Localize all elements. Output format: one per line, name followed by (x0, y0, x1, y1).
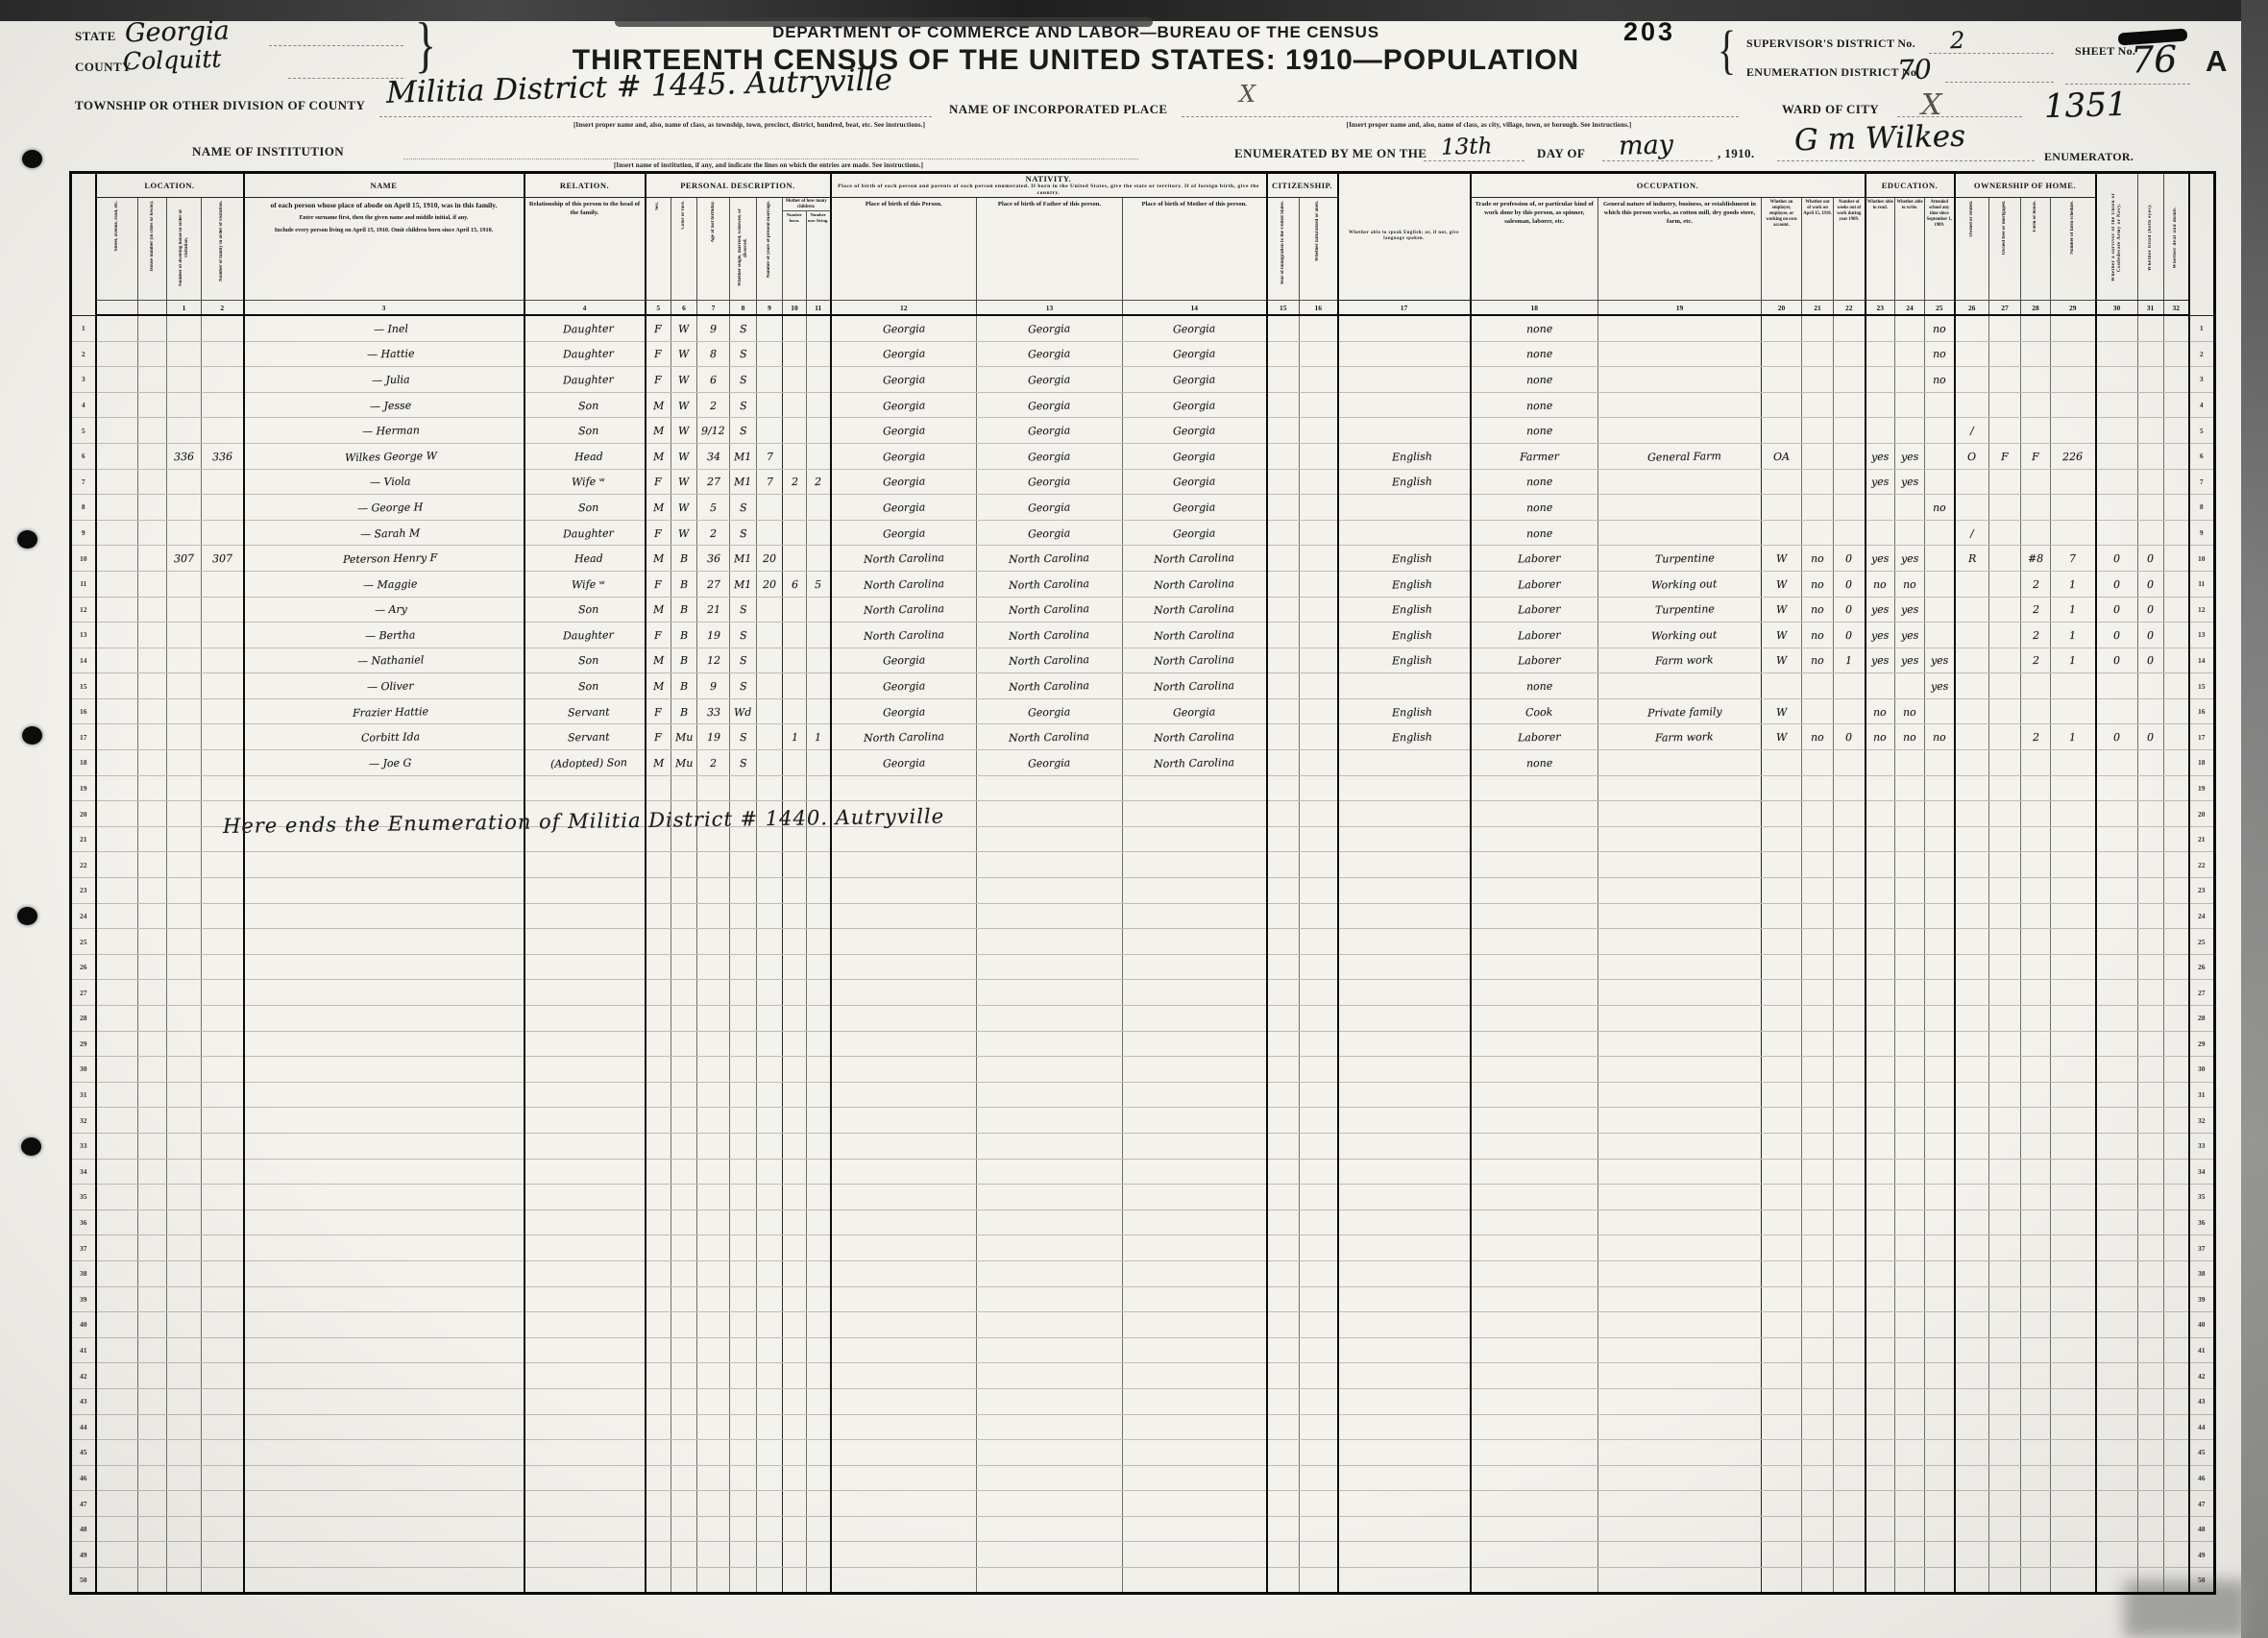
cell-yrs (757, 1465, 783, 1491)
cell-cit_nat (1300, 698, 1338, 724)
cell-relation (524, 1542, 646, 1568)
cell-yrs (757, 903, 783, 929)
cell-edu_write: no (1895, 724, 1925, 750)
cell-occ_out (1802, 698, 1834, 724)
cell-loc_street (96, 1006, 138, 1032)
cell-age: 33 (697, 698, 730, 724)
cell-edu_write (1895, 826, 1925, 852)
cell-home_sched: 1 (2051, 648, 2096, 673)
cell-cit_nat (1300, 648, 1338, 673)
cell-nat_father (977, 1542, 1123, 1568)
cell-occ_trade (1471, 1516, 1598, 1542)
cell-occ_ind (1598, 1516, 1762, 1542)
cell-loc_dwell (167, 495, 202, 521)
cell-home_owned (1955, 1082, 1989, 1108)
cell-loc_dwell (167, 1057, 202, 1083)
cell-yrs (757, 1159, 783, 1185)
cell-loc_dwell (167, 826, 202, 852)
cell-occ_emp (1762, 418, 1802, 444)
cell-age (697, 1260, 730, 1286)
cell-loc_dwell (167, 392, 202, 418)
cell-blind (2137, 1082, 2163, 1108)
cell-yrs (757, 1133, 783, 1159)
cell-blind (2137, 903, 2163, 929)
cell-deaf (2163, 392, 2189, 418)
cell-occ_trade: none (1471, 520, 1598, 546)
cell-name: — Julia (244, 367, 524, 393)
cell-occ_trade (1471, 878, 1598, 904)
cell-home_free (1989, 1465, 2021, 1491)
cell-loc_street (96, 520, 138, 546)
cell-edu_read (1866, 878, 1895, 904)
cell-cit_year (1267, 1516, 1300, 1542)
cell-occ_emp: W (1762, 698, 1802, 724)
cell-vet (2096, 1006, 2138, 1032)
cell-occ_out (1802, 1542, 1834, 1568)
column-header-age: Age at last birthday. (697, 197, 730, 300)
mother-children-header: Mother of how many children:Number born.… (783, 197, 831, 300)
row-number-left: 16 (71, 698, 96, 724)
cell-marital (730, 1133, 757, 1159)
cell-name: — Nathaniel (244, 648, 524, 673)
cell-marital (730, 903, 757, 929)
cell-occ_trade: Laborer (1471, 724, 1598, 750)
cell-vet (2096, 878, 2138, 904)
cell-home_owned (1955, 1133, 1989, 1159)
cell-blind: 0 (2137, 724, 2163, 750)
cell-home_free (1989, 903, 2021, 929)
cell-home_owned (1955, 1363, 1989, 1389)
row-number-left: 36 (71, 1210, 96, 1235)
cell-born: 1 (783, 724, 807, 750)
institution-note: [Insert name of institution, if any, and… (490, 161, 1047, 169)
cell-vet (2096, 1542, 2138, 1568)
cell-age (697, 1414, 730, 1440)
supervisor-district-label: SUPERVISOR'S DISTRICT No. (1746, 37, 1915, 51)
cell-edu_write (1895, 1337, 1925, 1363)
cell-loc_house (138, 1235, 167, 1261)
cell-born (783, 878, 807, 904)
cell-occ_out (1802, 1133, 1834, 1159)
cell-nat_father (977, 1260, 1123, 1286)
cell-edu_write: yes (1895, 597, 1925, 623)
cell-relation (524, 1185, 646, 1210)
cell-vet (2096, 1388, 2138, 1414)
cell-occ_emp (1762, 392, 1802, 418)
cell-home_owned (1955, 954, 1989, 980)
cell-blind (2137, 826, 2163, 852)
table-row: 2— HattieDaughterFW8SGeorgiaGeorgiaGeorg… (71, 341, 2215, 367)
cell-cit_year (1267, 1542, 1300, 1568)
column-number-19: 19 (1598, 300, 1762, 315)
cell-nat_father (977, 1568, 1123, 1594)
cell-deaf (2163, 367, 2189, 393)
cell-cit_nat (1300, 929, 1338, 955)
cell-edu_write: yes (1895, 648, 1925, 673)
cell-loc_fam (202, 1260, 244, 1286)
cell-loc_house (138, 826, 167, 852)
cell-color (671, 903, 697, 929)
cell-loc_dwell (167, 1260, 202, 1286)
cell-edu_read (1866, 801, 1895, 827)
cell-occ_ind (1598, 418, 1762, 444)
cell-occ_ind (1598, 673, 1762, 699)
cell-yrs (757, 1363, 783, 1389)
cell-age: 27 (697, 571, 730, 597)
cell-deaf (2163, 1312, 2189, 1338)
cell-english (1338, 852, 1471, 878)
cell-color (671, 954, 697, 980)
cell-occ_trade (1471, 1312, 1598, 1338)
place-note: [Insert proper name and, also, name of c… (1220, 121, 1758, 129)
cell-blind (2137, 341, 2163, 367)
cell-relation (524, 1414, 646, 1440)
cell-occ_out (1802, 954, 1834, 980)
cell-sex (646, 1057, 671, 1083)
cell-loc_house (138, 775, 167, 801)
cell-blind (2137, 1337, 2163, 1363)
cell-yrs (757, 1440, 783, 1466)
cell-blind (2137, 1388, 2163, 1414)
cell-loc_street (96, 418, 138, 444)
cell-english (1338, 1491, 1471, 1517)
punch-hole (22, 726, 42, 745)
cell-age: 34 (697, 443, 730, 469)
cell-occ_trade (1471, 775, 1598, 801)
cell-born (783, 1006, 807, 1032)
cell-loc_dwell (167, 1286, 202, 1312)
cell-nat_self: North Carolina (831, 597, 977, 623)
cell-nat_father: Georgia (977, 418, 1123, 444)
cell-home_farm (2021, 1465, 2051, 1491)
column-number-24: 24 (1895, 300, 1925, 315)
cell-edu_read (1866, 1516, 1895, 1542)
cell-born (783, 1542, 807, 1568)
cell-loc_dwell (167, 801, 202, 827)
cell-blind (2137, 1108, 2163, 1134)
cell-loc_street (96, 1491, 138, 1517)
cell-loc_house (138, 673, 167, 699)
cell-cit_nat (1300, 1465, 1338, 1491)
cell-marital: S (730, 495, 757, 521)
column-header-relation: Relationship of this person to the head … (524, 197, 646, 300)
cell-home_owned: ∕ (1955, 520, 1989, 546)
cell-loc_dwell (167, 1568, 202, 1594)
cell-marital (730, 1388, 757, 1414)
cell-home_free (1989, 1491, 2021, 1517)
cell-vet: 0 (2096, 724, 2138, 750)
cell-occ_emp (1762, 929, 1802, 955)
cell-nat_mother: North Carolina (1123, 571, 1267, 597)
cell-loc_fam (202, 418, 244, 444)
cell-cit_nat (1300, 724, 1338, 750)
cell-loc_dwell (167, 1210, 202, 1235)
cell-nat_mother (1123, 1414, 1267, 1440)
cell-relation: Wife ʷ (524, 571, 646, 597)
cell-yrs (757, 1388, 783, 1414)
cell-marital (730, 1337, 757, 1363)
cell-born (783, 1363, 807, 1389)
cell-home_sched (2051, 1286, 2096, 1312)
cell-nat_mother (1123, 903, 1267, 929)
cell-english (1338, 1516, 1471, 1542)
row-number-right: 16 (2189, 698, 2214, 724)
cell-loc_street (96, 443, 138, 469)
cell-home_free (1989, 1159, 2021, 1185)
cell-home_farm (2021, 1363, 2051, 1389)
cell-nat_father (977, 1491, 1123, 1517)
cell-home_owned (1955, 980, 1989, 1006)
cell-edu_school (1925, 571, 1955, 597)
column-number-7: 7 (697, 300, 730, 315)
cell-sex: M (646, 673, 671, 699)
cell-vet (2096, 1031, 2138, 1057)
cell-home_free (1989, 724, 2021, 750)
cell-nat_self (831, 1260, 977, 1286)
cell-edu_write (1895, 673, 1925, 699)
cell-edu_read (1866, 852, 1895, 878)
cell-color: Mu (671, 724, 697, 750)
cell-yrs (757, 1235, 783, 1261)
cell-home_farm (2021, 1491, 2051, 1517)
cell-nat_father (977, 929, 1123, 955)
cell-occ_weeks (1834, 1210, 1866, 1235)
cell-occ_trade: none (1471, 341, 1598, 367)
cell-loc_fam (202, 929, 244, 955)
cell-nat_father (977, 1082, 1123, 1108)
cell-living (807, 315, 831, 341)
cell-deaf (2163, 520, 2189, 546)
cell-home_farm (2021, 1286, 2051, 1312)
cell-occ_out (1802, 315, 1834, 341)
cell-edu_school (1925, 1185, 1955, 1210)
cell-born (783, 520, 807, 546)
cell-home_farm (2021, 775, 2051, 801)
cell-cit_nat (1300, 469, 1338, 495)
cell-living (807, 367, 831, 393)
cell-occ_weeks (1834, 1337, 1866, 1363)
cell-edu_read (1866, 1440, 1895, 1466)
cell-home_free (1989, 1440, 2021, 1466)
cell-cit_year (1267, 1260, 1300, 1286)
cell-home_farm (2021, 418, 2051, 444)
cell-english (1338, 1210, 1471, 1235)
cell-edu_read (1866, 1082, 1895, 1108)
cell-color: W (671, 469, 697, 495)
group-header: LOCATION. (96, 173, 244, 198)
table-row: 1919 (71, 775, 2215, 801)
cell-occ_ind: Farm work (1598, 648, 1762, 673)
cell-occ_trade (1471, 1159, 1598, 1185)
cell-home_sched (2051, 1363, 2096, 1389)
cell-color: B (671, 673, 697, 699)
cell-loc_dwell (167, 1363, 202, 1389)
cell-home_owned (1955, 1159, 1989, 1185)
cell-edu_read (1866, 520, 1895, 546)
cell-sex: F (646, 724, 671, 750)
cell-living (807, 980, 831, 1006)
cell-edu_write (1895, 980, 1925, 1006)
cell-occ_weeks (1834, 1363, 1866, 1389)
cell-marital (730, 929, 757, 955)
cell-cit_year (1267, 341, 1300, 367)
cell-occ_emp (1762, 1235, 1802, 1261)
cell-cit_year (1267, 648, 1300, 673)
cell-name (244, 1159, 524, 1185)
cell-loc_fam (202, 1542, 244, 1568)
cell-living (807, 418, 831, 444)
cell-home_farm (2021, 315, 2051, 341)
cell-vet (2096, 1440, 2138, 1466)
ward-label: WARD OF CITY (1782, 102, 1879, 117)
supervisor-district-value: 2 (1950, 27, 1965, 54)
cell-yrs (757, 1260, 783, 1286)
cell-nat_self: Georgia (831, 469, 977, 495)
cell-yrs (757, 341, 783, 367)
cell-cit_nat (1300, 1337, 1338, 1363)
table-row: 4646 (71, 1465, 2215, 1491)
row-number-right: 7 (2189, 469, 2214, 495)
cell-deaf (2163, 852, 2189, 878)
cell-english (1338, 1133, 1471, 1159)
cell-edu_school: no (1925, 495, 1955, 521)
cell-blind (2137, 1159, 2163, 1185)
cell-cit_year (1267, 775, 1300, 801)
cell-occ_ind (1598, 392, 1762, 418)
cell-relation: Son (524, 673, 646, 699)
cell-vet (2096, 1185, 2138, 1210)
cell-occ_emp (1762, 852, 1802, 878)
cell-home_farm (2021, 1312, 2051, 1338)
cell-edu_write (1895, 315, 1925, 341)
table-row: 3030 (71, 1057, 2215, 1083)
cell-born (783, 826, 807, 852)
table-row: 4848 (71, 1516, 2215, 1542)
cell-english (1338, 878, 1471, 904)
cell-occ_emp: W (1762, 571, 1802, 597)
cell-loc_fam (202, 495, 244, 521)
cell-occ_emp (1762, 1465, 1802, 1491)
cell-cit_nat (1300, 801, 1338, 827)
department-line: DEPARTMENT OF COMMERCE AND LABOR—BUREAU … (519, 23, 1633, 42)
cell-loc_street (96, 1363, 138, 1389)
cell-edu_read (1866, 1337, 1895, 1363)
cell-nat_mother (1123, 1286, 1267, 1312)
cell-english (1338, 520, 1471, 546)
cell-cit_year (1267, 1235, 1300, 1261)
cell-sex: F (646, 520, 671, 546)
cell-home_farm (2021, 1133, 2051, 1159)
cell-nat_self (831, 1031, 977, 1057)
cell-loc_street (96, 1133, 138, 1159)
cell-occ_weeks (1834, 1108, 1866, 1134)
cell-loc_dwell (167, 341, 202, 367)
scan-right-band (2241, 0, 2268, 1638)
row-number-right: 20 (2189, 801, 2214, 827)
column-header-loc_dwell: Number of dwelling house in order of vis… (167, 197, 202, 300)
cell-cit_nat (1300, 673, 1338, 699)
cell-name: — Bertha (244, 623, 524, 648)
cell-loc_street (96, 469, 138, 495)
cell-yrs (757, 648, 783, 673)
cell-home_farm (2021, 980, 2051, 1006)
cell-english: English (1338, 724, 1471, 750)
cell-loc_fam (202, 1006, 244, 1032)
cell-edu_write: no (1895, 571, 1925, 597)
row-number-right: 35 (2189, 1185, 2214, 1210)
cell-living (807, 1185, 831, 1210)
cell-name (244, 1568, 524, 1594)
cell-deaf (2163, 443, 2189, 469)
cell-relation (524, 903, 646, 929)
cell-deaf (2163, 1516, 2189, 1542)
row-number-left: 13 (71, 623, 96, 648)
cell-age: 19 (697, 623, 730, 648)
cell-relation: Servant (524, 698, 646, 724)
cell-home_sched: 226 (2051, 443, 2096, 469)
cell-home_farm (2021, 1388, 2051, 1414)
cell-occ_out (1802, 1286, 1834, 1312)
cell-occ_trade: none (1471, 673, 1598, 699)
cell-color: W (671, 367, 697, 393)
cell-occ_ind (1598, 1465, 1762, 1491)
cell-occ_emp: W (1762, 623, 1802, 648)
cell-occ_weeks (1834, 1057, 1866, 1083)
cell-blind (2137, 1312, 2163, 1338)
cell-marital (730, 1440, 757, 1466)
cell-loc_house (138, 1337, 167, 1363)
row-number-right: 28 (2189, 1006, 2214, 1032)
cell-occ_ind (1598, 1388, 1762, 1414)
row-number-left: 39 (71, 1286, 96, 1312)
cell-deaf (2163, 571, 2189, 597)
cell-edu_school (1925, 623, 1955, 648)
cell-occ_emp (1762, 1108, 1802, 1134)
cell-occ_emp (1762, 980, 1802, 1006)
cell-home_sched: 1 (2051, 724, 2096, 750)
cell-sex: M (646, 392, 671, 418)
cell-yrs (757, 724, 783, 750)
cell-cit_year (1267, 980, 1300, 1006)
cell-occ_out: no (1802, 724, 1834, 750)
cell-age (697, 775, 730, 801)
cell-occ_out (1802, 1388, 1834, 1414)
row-number-right: 29 (2189, 1031, 2214, 1057)
cell-loc_dwell (167, 623, 202, 648)
cell-edu_write (1895, 775, 1925, 801)
cell-relation (524, 1260, 646, 1286)
cell-occ_ind (1598, 1568, 1762, 1594)
cell-born (783, 1133, 807, 1159)
column-number-13: 13 (977, 300, 1123, 315)
cell-occ_ind (1598, 1210, 1762, 1235)
cell-edu_read (1866, 392, 1895, 418)
column-header-english: Whether able to speak English; or, if no… (1338, 173, 1471, 301)
cell-living (807, 648, 831, 673)
cell-home_sched (2051, 1465, 2096, 1491)
cell-blind (2137, 418, 2163, 444)
cell-blind (2137, 1568, 2163, 1594)
cell-home_sched (2051, 903, 2096, 929)
cell-occ_ind: Turpentine (1598, 546, 1762, 572)
cell-blind (2137, 1133, 2163, 1159)
cell-english (1338, 954, 1471, 980)
cell-nat_father (977, 1133, 1123, 1159)
cell-loc_fam (202, 1516, 244, 1542)
cell-edu_school (1925, 1006, 1955, 1032)
cell-color: Mu (671, 750, 697, 776)
column-header-cit_nat: Whether naturalized or alien. (1300, 197, 1338, 300)
